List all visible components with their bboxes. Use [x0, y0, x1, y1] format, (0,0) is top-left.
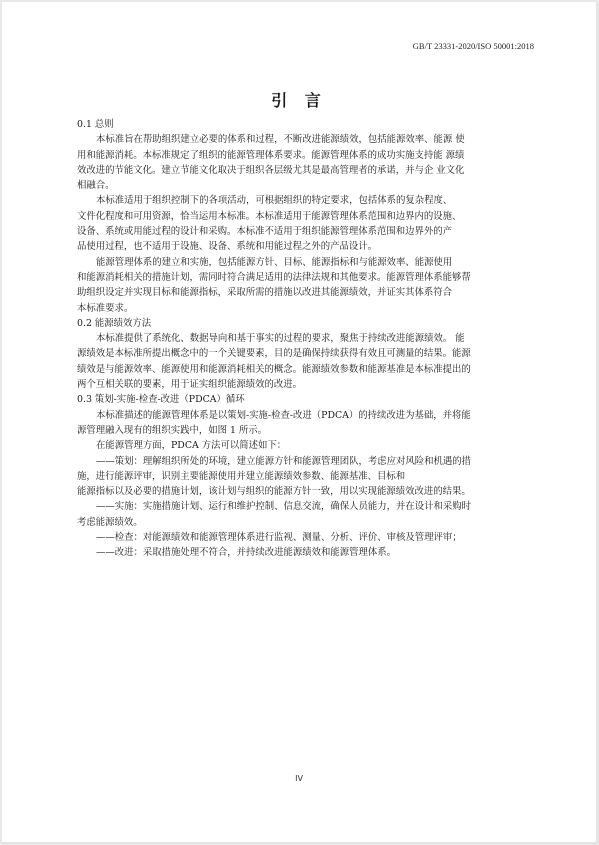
text-line: 助组织设定并实现目标和能源指标，采取所需的措施以改进其能源绩效，并证实其体系符合 — [77, 285, 531, 300]
section-heading: 0.1 总则 — [77, 117, 531, 132]
text-line: 用和能源消耗。本标准规定了组织的能源管理体系要求。能源管理体系的成功实施支持能 … — [77, 148, 531, 163]
text-line: 相融合。 — [77, 178, 531, 193]
standard-code-header: GB/T 23331-2020/ISO 50001:2018 — [413, 41, 534, 51]
text-line: ——检查：对能源绩效和能源管理体系进行监视、测量、分析、评价、审核及管理评审； — [77, 530, 531, 545]
text-line: 本标准适用于组织控制下的各项活动，可根据组织的特定要求，包括体系的复杂程度、 — [77, 193, 531, 208]
text-line: 在能源管理方面，PDCA 方法可以简述如下： — [77, 438, 531, 453]
page-number: IV — [2, 774, 596, 783]
text-line: 本标准要求。 — [77, 301, 531, 316]
text-line: 设备、系统或用能过程的设计和采购。本标准不适用于组织能源管理体系范围和边界外的产 — [77, 224, 531, 239]
section-heading: 0.2 能源绩效方法 — [77, 316, 531, 331]
text-line: ——策划：理解组织所处的环境，建立能源方针和能源管理团队，考虑应对风险和机遇的措 — [77, 454, 531, 469]
text-line: 文件化程度和可用资源，恰当运用本标准。本标准适用于能源管理体系范围和边界内的设施… — [77, 209, 531, 224]
text-line: 品使用过程，也不适用于设施、设备、系统和用能过程之外的产品设计。 — [77, 239, 531, 254]
text-line: ——改进：采取措施处理不符合，并持续改进能源绩效和能源管理体系。 — [77, 545, 531, 560]
page-title: 引 言 — [2, 88, 596, 111]
text-line: 本标准旨在帮助组织建立必要的体系和过程，不断改进能源绩效，包括能源效率、能源 使 — [77, 132, 531, 147]
text-line: 施，进行能源评审，识别主要能源使用并建立能源绩效参数、能源基准、目标和 — [77, 469, 531, 484]
text-line: 源管理融入现有的组织实践中，如图 1 所示。 — [77, 423, 531, 438]
document-page: GB/T 23331-2020/ISO 50001:2018 引 言 0.1 总… — [2, 2, 598, 844]
text-line: 两个互相关联的要素，用于证实组织能源绩效的改进。 — [77, 377, 531, 392]
text-line: 效改进的节能文化。建立节能文化取决于组织各层级尤其是最高管理者的承诺，并与企 业… — [77, 163, 531, 178]
section-heading: 0.3 策划-实施-检查-改进（PDCA）循环 — [77, 392, 531, 407]
text-line: 和能源消耗相关的措施计划，需同时符合满足适用的法律法规和其他要求。能源管理体系能… — [77, 270, 531, 285]
text-line: 本标准描述的能源管理体系是以策划-实施-检查-改进（PDCA）的持续改进为基础，… — [77, 408, 531, 423]
text-line: 考虑能源绩效。 — [77, 515, 531, 530]
text-line: 能源管理体系的建立和实施，包括能源方针、目标、能源指标和与能源效率、能源使用 — [77, 255, 531, 270]
text-line: 源绩效是本标准所提出概念中的一个关键要素，目的是确保持续获得有效且可测量的结果。… — [77, 346, 531, 361]
text-line: 绩效是与能源效率、能源使用和能源消耗相关的概念。能源绩效参数和能源基准是本标准提… — [77, 362, 531, 377]
text-line: ——实施：实施措施计划、运行和维护控制、信息交流，确保人员能力，并在设计和采购时 — [77, 499, 531, 514]
text-line: 本标准提供了系统化、数据导向和基于事实的过程的要求，聚焦于持续改进能源绩效。 能 — [77, 331, 531, 346]
text-line: 能源指标以及必要的措施计划，该计划与组织的能源方针一致，用以实现能源绩效改进的结… — [77, 484, 531, 499]
document-body: 0.1 总则本标准旨在帮助组织建立必要的体系和过程，不断改进能源绩效，包括能源效… — [77, 117, 531, 561]
